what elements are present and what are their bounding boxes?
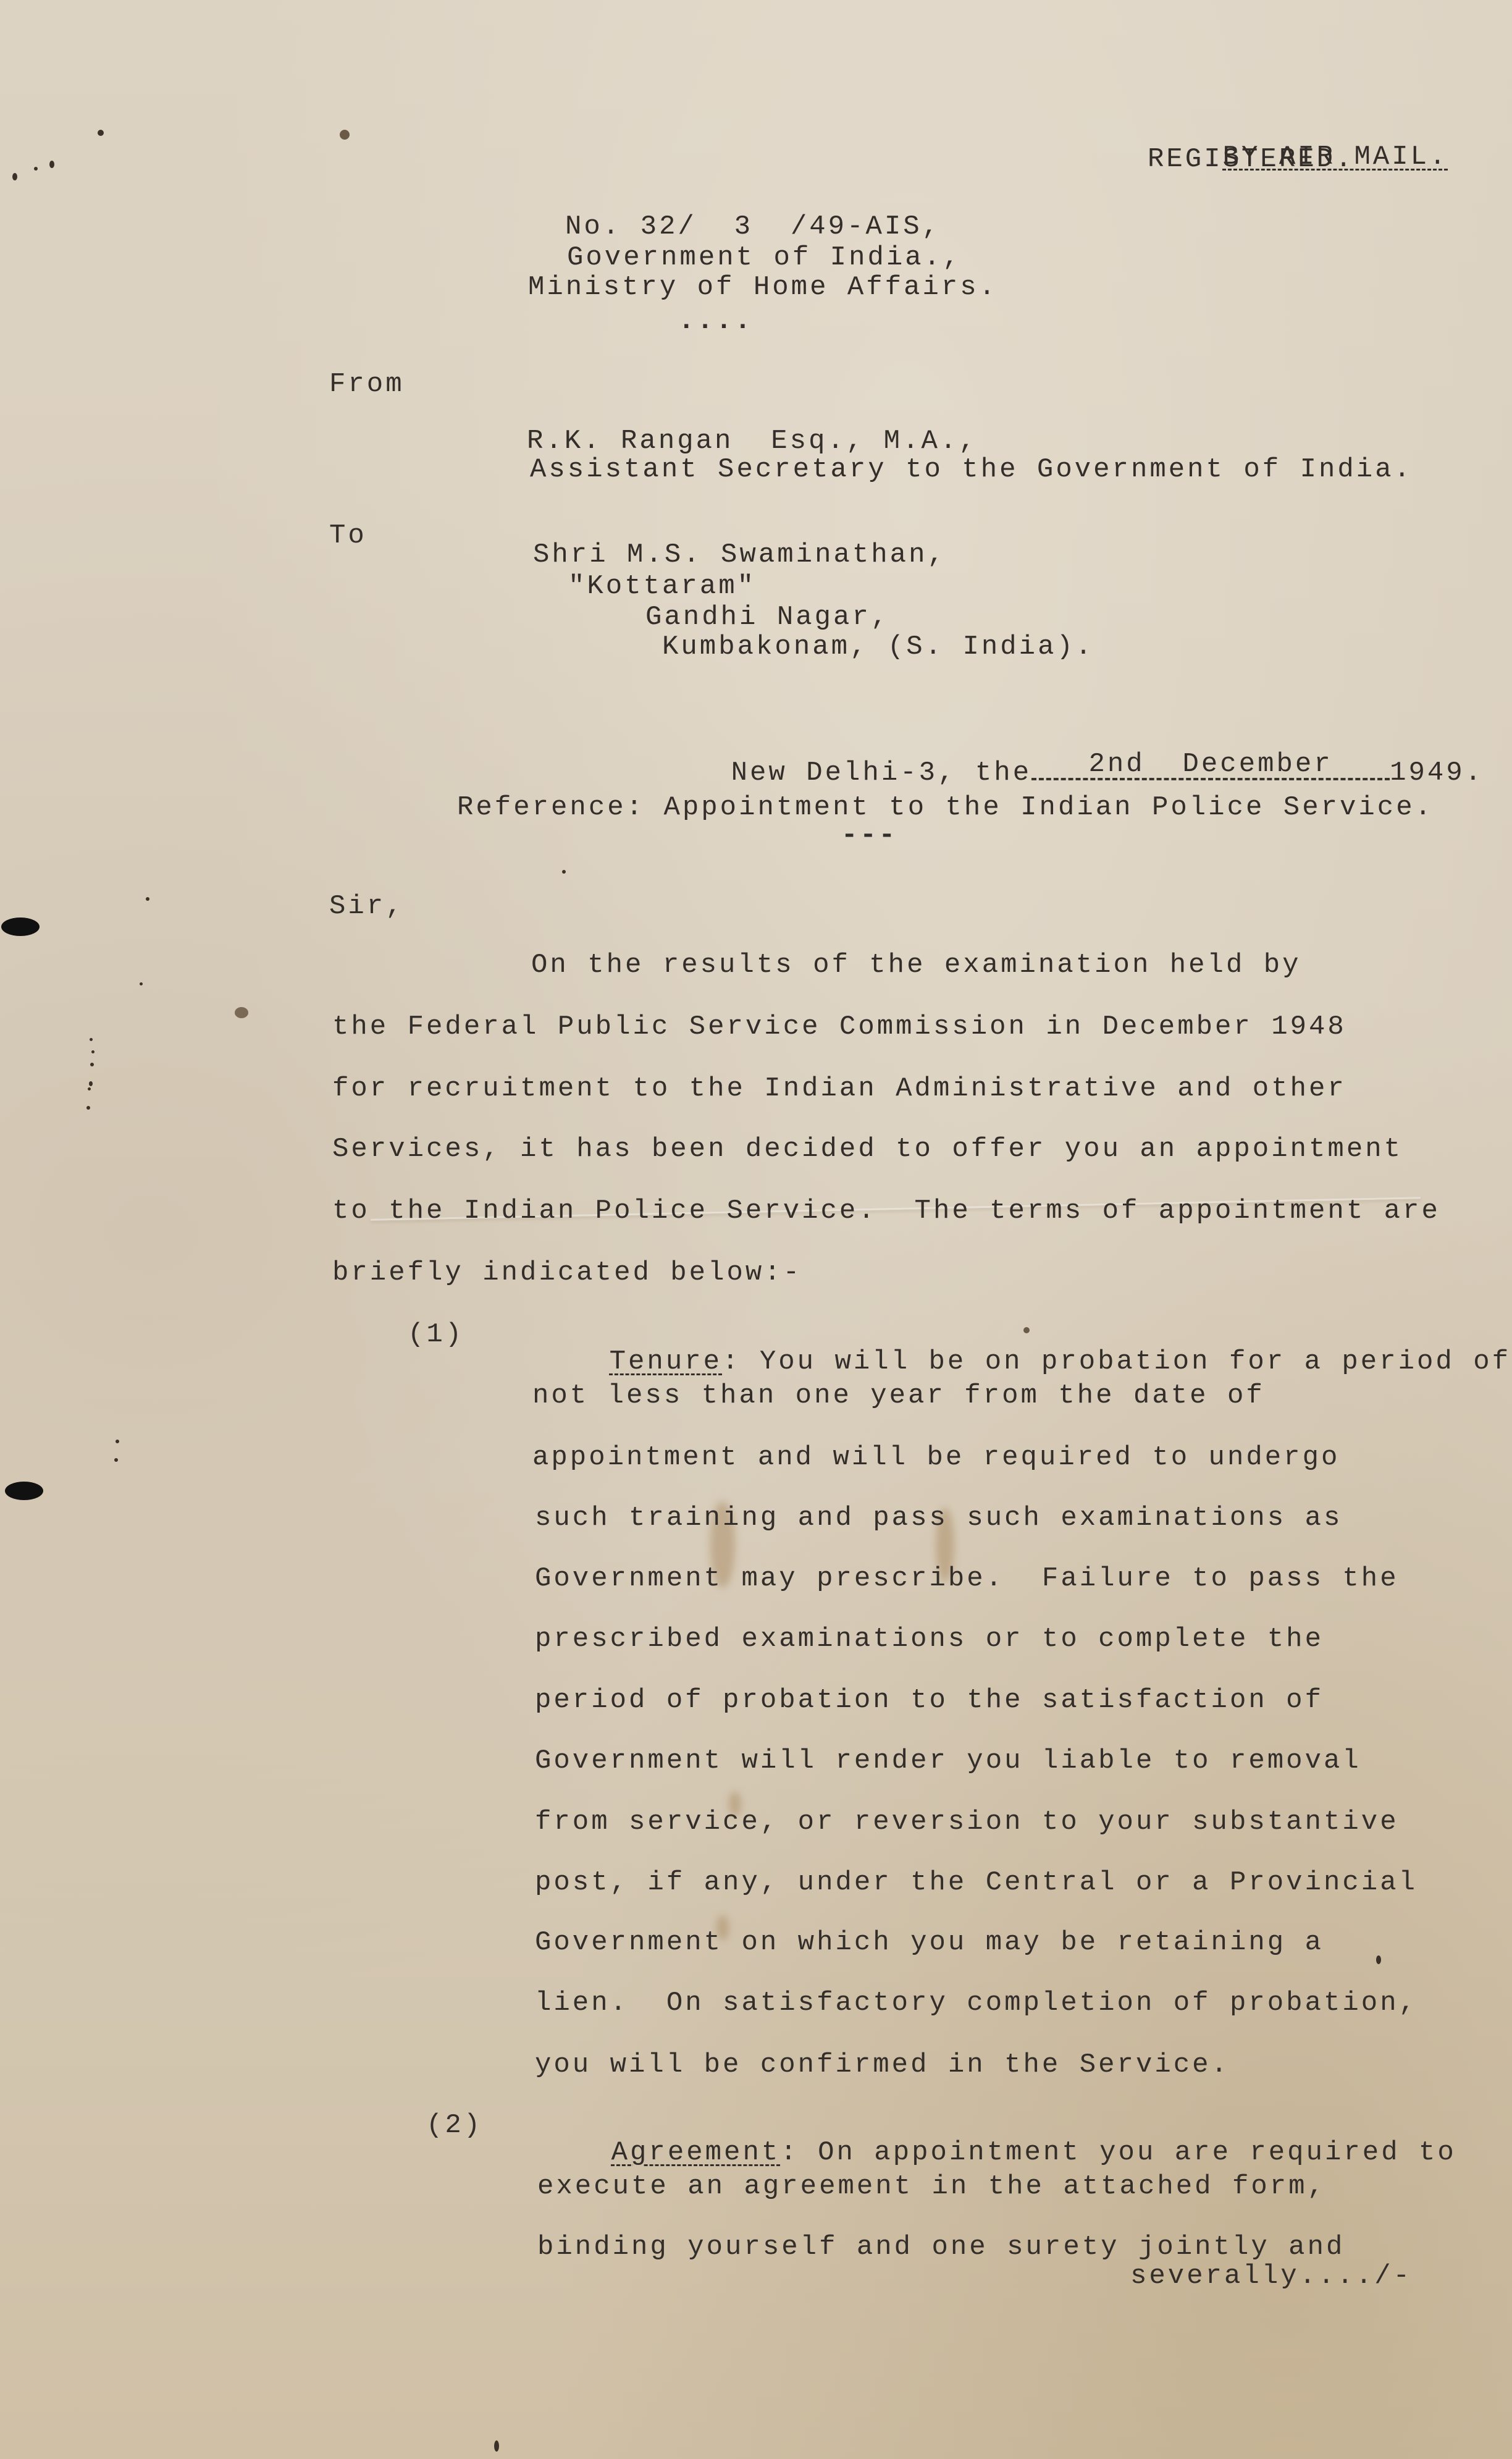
clause-1-line: post, if any, under the Central or a Pro… [535,1869,1417,1896]
date-fill-line: 2nd December [1031,751,1390,780]
recipient-address-locality: Gandhi Nagar, [645,604,889,631]
ink-speck [98,130,104,136]
clause-2-heading: Agreement [611,2137,781,2168]
clause-1-line: you will be confirmed in the Service. [535,2051,1230,2078]
clause-1-line: lien. On satisfactory completion of prob… [535,1989,1417,2017]
ink-speck [494,2440,499,2452]
clause-1-heading: Tenure [610,1346,722,1377]
from-label: From [329,371,405,398]
body-line: for recruitment to the Indian Administra… [332,1075,1346,1102]
date-year: 1949. [1390,757,1484,788]
ink-speck [235,1007,248,1018]
ink-speck [34,167,38,171]
punch-hole-top [1,917,40,936]
file-number: No. 32/ 3 /49-AIS, [565,213,941,240]
ink-speck [12,173,17,180]
body-line: the Federal Public Service Commission in… [332,1013,1346,1040]
clause-2-line: execute an agreement in the attached for… [537,2173,1326,2200]
government-line: Government of India., [567,244,962,271]
mail-mode-registered: REGISTERED. [1148,146,1354,173]
clause-1-line: such training and pass such examinations… [535,1504,1342,1532]
clause-1-line: period of probation to the satisfaction … [535,1687,1324,1714]
sender-designation: Assistant Secretary to the Government of… [530,456,1413,483]
clause-1-number: (1) [408,1321,464,1348]
ink-speck [90,1063,94,1066]
dateline-place: New Delhi-3, the [731,757,1031,788]
ink-speck [340,130,350,140]
ink-speck [86,1106,90,1110]
recipient-address-house: "Kottaram" [568,573,756,600]
ink-speck [140,982,143,985]
body-line: briefly indicated below:- [332,1259,802,1286]
clause-1-first-line-text: : You will be on probation for a period … [722,1346,1511,1377]
body-line: to the Indian Police Service. The terms … [332,1197,1440,1225]
ministry-line: Ministry of Home Affairs. [528,274,997,301]
clause-1-line: appointment and will be required to unde… [532,1444,1340,1471]
ink-speck [90,1038,93,1041]
recipient-name: Shri M.S. Swaminathan, [533,541,946,568]
ink-speck [91,1050,94,1053]
clause-1-line: Government on which you may be retaining… [535,1929,1324,1956]
to-label: To [329,522,367,549]
date-month: December [1182,749,1332,780]
continuation-note: severally..../- [1130,2263,1412,2290]
clause-1-line: prescribed examinations or to complete t… [535,1626,1324,1653]
letter-page: BY AIR MAIL. REGISTERED. No. 32/ 3 /49-A… [0,0,1512,2459]
clause-1-line: Government may prescribe. Failure to pas… [535,1565,1399,1592]
header-separator: .... [678,308,754,335]
ink-speck [1376,1955,1381,1964]
recipient-address-city: Kumbakonam, (S. India). [662,633,1094,660]
punch-hole-bottom [5,1482,43,1500]
ink-speck [49,161,54,168]
reference-line: Reference: Appointment to the Indian Pol… [457,794,1434,821]
clause-2-first-line-text: : On appointment you are required to [780,2137,1456,2168]
clause-1-line: from service, or reversion to your subst… [535,1808,1399,1836]
ink-speck [115,1440,119,1443]
ink-speck [89,1081,93,1086]
clause-1-line: not less than one year from the date of [532,1382,1265,1409]
ink-speck [146,897,149,901]
reference-separator: --- [841,822,897,849]
body-line: On the results of the examination held b… [531,951,1301,979]
ink-speck [114,1458,118,1462]
clause-2-number: (2) [426,2112,482,2139]
body-line: Services, it has been decided to offer y… [332,1136,1403,1163]
clause-2-line: binding yourself and one surety jointly … [537,2233,1345,2261]
salutation: Sir, [329,893,405,920]
ink-speck [88,1087,91,1090]
date-day: 2nd [1088,749,1144,780]
sender-name: R.K. Rangan Esq., M.A., [527,428,978,455]
ink-speck [562,870,566,874]
clause-1-line: Government will render you liable to rem… [535,1747,1361,1774]
